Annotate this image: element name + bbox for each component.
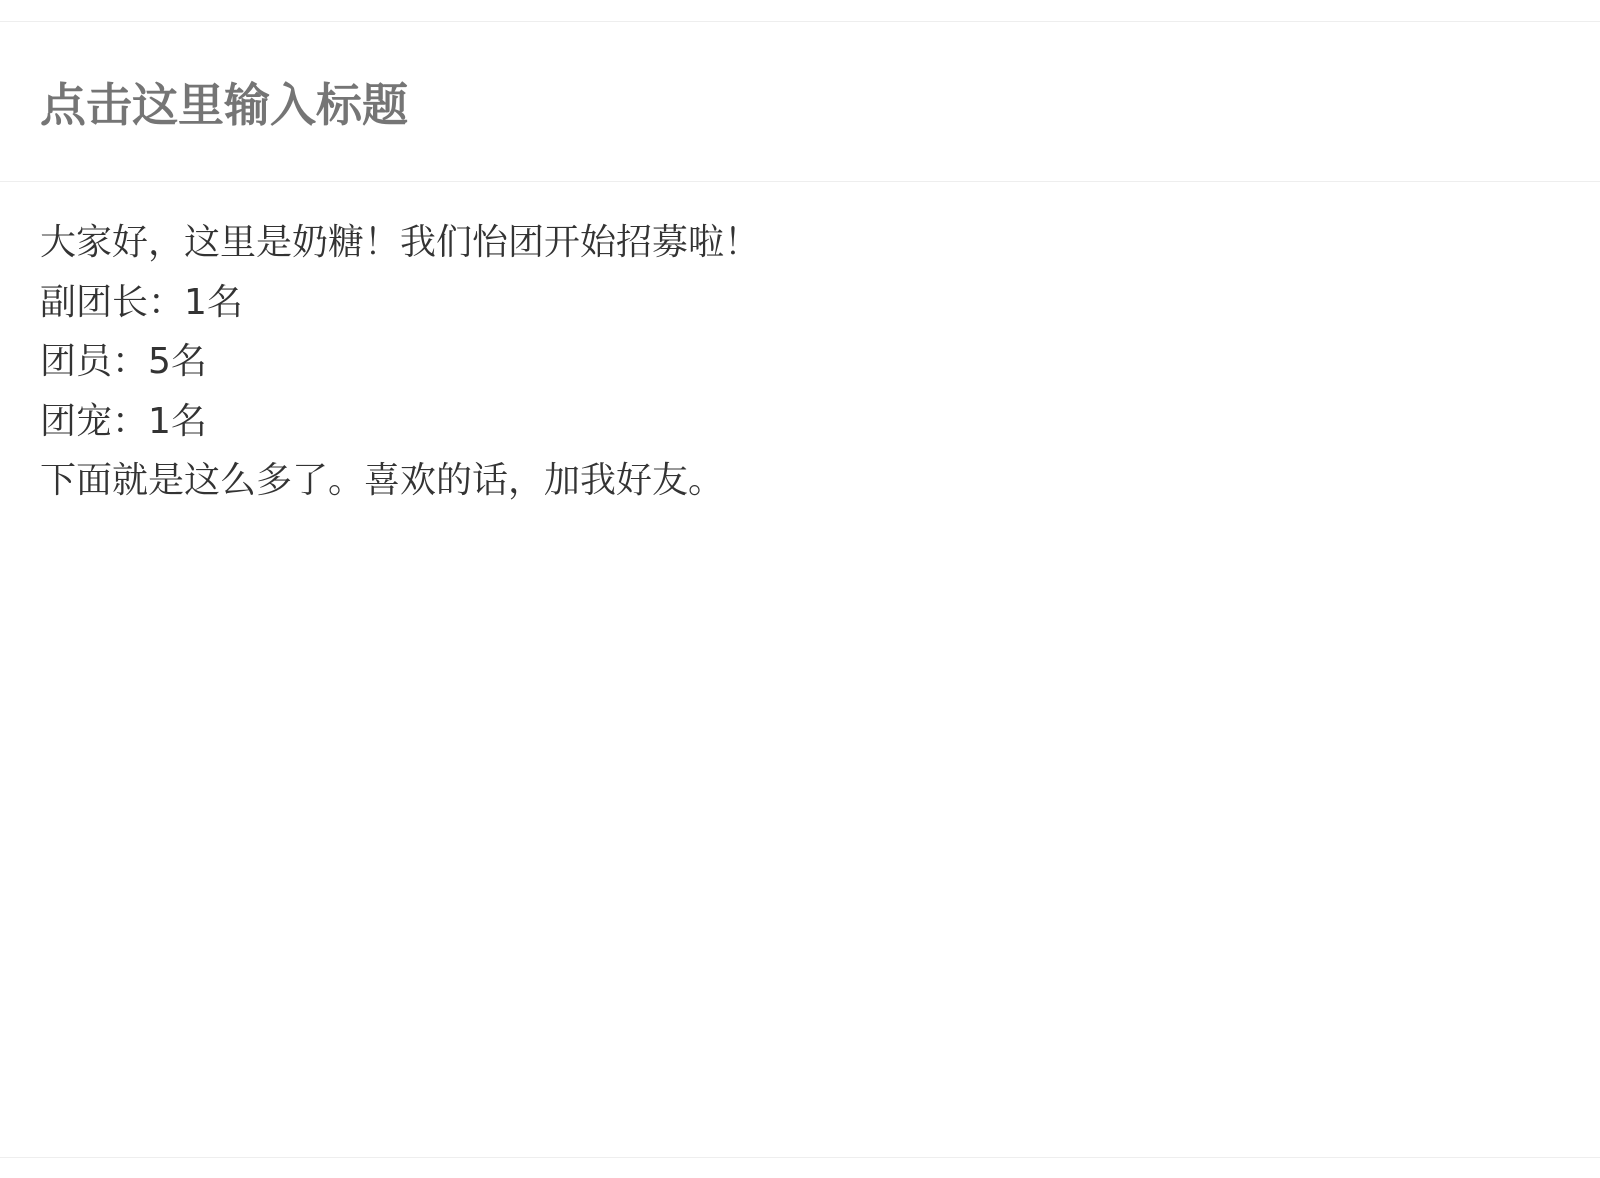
body-text[interactable]: 大家好，这里是奶糖！我们怡团开始招募啦！ 副团长：1名 团员：5名 团宠：1名 … [40,213,1560,511]
body-line: 大家好，这里是奶糖！我们怡团开始招募啦！ [40,213,1560,273]
body-editor[interactable]: 大家好，这里是奶糖！我们怡团开始招募啦！ 副团长：1名 团员：5名 团宠：1名 … [0,183,1600,1158]
body-line: 团员：5名 [40,332,1560,392]
body-line: 副团长：1名 [40,273,1560,333]
body-line: 团宠：1名 [40,392,1560,452]
body-line: 下面就是这么多了。喜欢的话，加我好友。 [40,451,1560,511]
title-input[interactable] [40,78,1540,132]
title-section [0,22,1600,182]
top-bar [0,0,1600,22]
